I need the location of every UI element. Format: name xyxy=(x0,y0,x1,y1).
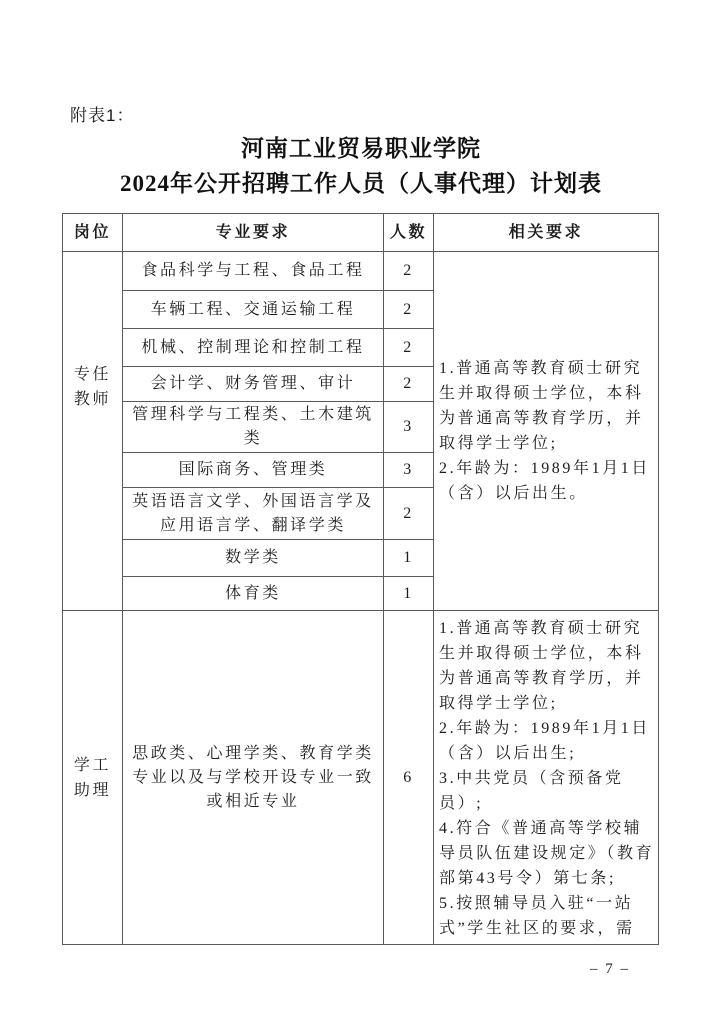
position-cell-assistant: 学工助理 xyxy=(63,611,123,945)
position-cell-teachers: 专任教师 xyxy=(63,252,123,611)
header-requirements: 相关要求 xyxy=(434,214,659,252)
page-number: – 7 – xyxy=(590,961,630,978)
major-cell: 数学类 xyxy=(123,540,384,577)
title-line-2: 2024年公开招聘工作人员（人事代理）计划表 xyxy=(0,166,722,201)
requirements-cell-assistant: 1.普通高等教育硕士研究生并取得硕士学位，本科为普通高等教育学历，并取得学士学位… xyxy=(434,611,659,945)
recruitment-plan-table: 岗位 专业要求 人数 相关要求 专任教师 食品科学与工程、食品工程 2 1.普通… xyxy=(62,213,659,945)
table-row: 专任教师 食品科学与工程、食品工程 2 1.普通高等教育硕士研究生并取得硕士学位… xyxy=(63,252,659,291)
requirement-item: 1.普通高等教育硕士研究生并取得硕士学位，本科为普通高等教育学历，并取得学士学位… xyxy=(439,616,657,716)
header-position: 岗位 xyxy=(63,214,123,252)
document-page: 附表1： 河南工业贸易职业学院 2024年公开招聘工作人员（人事代理）计划表 岗… xyxy=(0,0,722,1036)
count-cell: 2 xyxy=(384,291,434,329)
count-cell: 2 xyxy=(384,367,434,402)
major-cell: 国际商务、管理类 xyxy=(123,453,384,488)
attachment-label: 附表1： xyxy=(70,101,134,126)
count-cell: 6 xyxy=(384,611,434,945)
count-cell: 1 xyxy=(384,540,434,577)
requirement-item: 3.中共党员（含预备党员）; xyxy=(439,766,657,816)
requirement-item: 2.年龄为：1989年1月1日（含）以后出生; xyxy=(439,716,657,766)
major-cell: 体育类 xyxy=(123,577,384,611)
major-cell: 英语语言文学、外国语言学及应用语言学、翻译学类 xyxy=(123,488,384,540)
requirement-item: 1.普通高等教育硕士研究生并取得硕士学位，本科为普通高等教育学历，并取得学士学位… xyxy=(439,356,657,456)
requirement-item: 2.年龄为：1989年1月1日（含）以后出生。 xyxy=(439,456,657,506)
table-header-row: 岗位 专业要求 人数 相关要求 xyxy=(63,214,659,252)
major-cell: 思政类、心理学类、教育学类专业以及与学校开设专业一致或相近专业 xyxy=(123,611,384,945)
requirement-item: 4.符合《普通高等学校辅导员队伍建设规定》（教育部第43号令）第七条; xyxy=(439,816,657,891)
requirement-item: 5.按照辅导员入驻“一站式”学生社区的要求，需 xyxy=(439,891,657,941)
requirements-cell-teachers: 1.普通高等教育硕士研究生并取得硕士学位，本科为普通高等教育学历，并取得学士学位… xyxy=(434,252,659,611)
major-cell: 会计学、财务管理、审计 xyxy=(123,367,384,402)
count-cell: 2 xyxy=(384,488,434,540)
header-count: 人数 xyxy=(384,214,434,252)
document-title: 河南工业贸易职业学院 2024年公开招聘工作人员（人事代理）计划表 xyxy=(0,131,722,201)
header-major: 专业要求 xyxy=(123,214,384,252)
count-cell: 1 xyxy=(384,577,434,611)
count-cell: 2 xyxy=(384,329,434,367)
count-cell: 2 xyxy=(384,252,434,291)
major-cell: 机械、控制理论和控制工程 xyxy=(123,329,384,367)
major-cell: 管理科学与工程类、土木建筑类 xyxy=(123,402,384,453)
count-cell: 3 xyxy=(384,453,434,488)
major-cell: 食品科学与工程、食品工程 xyxy=(123,252,384,291)
table-row: 学工助理 思政类、心理学类、教育学类专业以及与学校开设专业一致或相近专业 6 1… xyxy=(63,611,659,945)
count-cell: 3 xyxy=(384,402,434,453)
title-line-1: 河南工业贸易职业学院 xyxy=(0,131,722,166)
major-cell: 车辆工程、交通运输工程 xyxy=(123,291,384,329)
